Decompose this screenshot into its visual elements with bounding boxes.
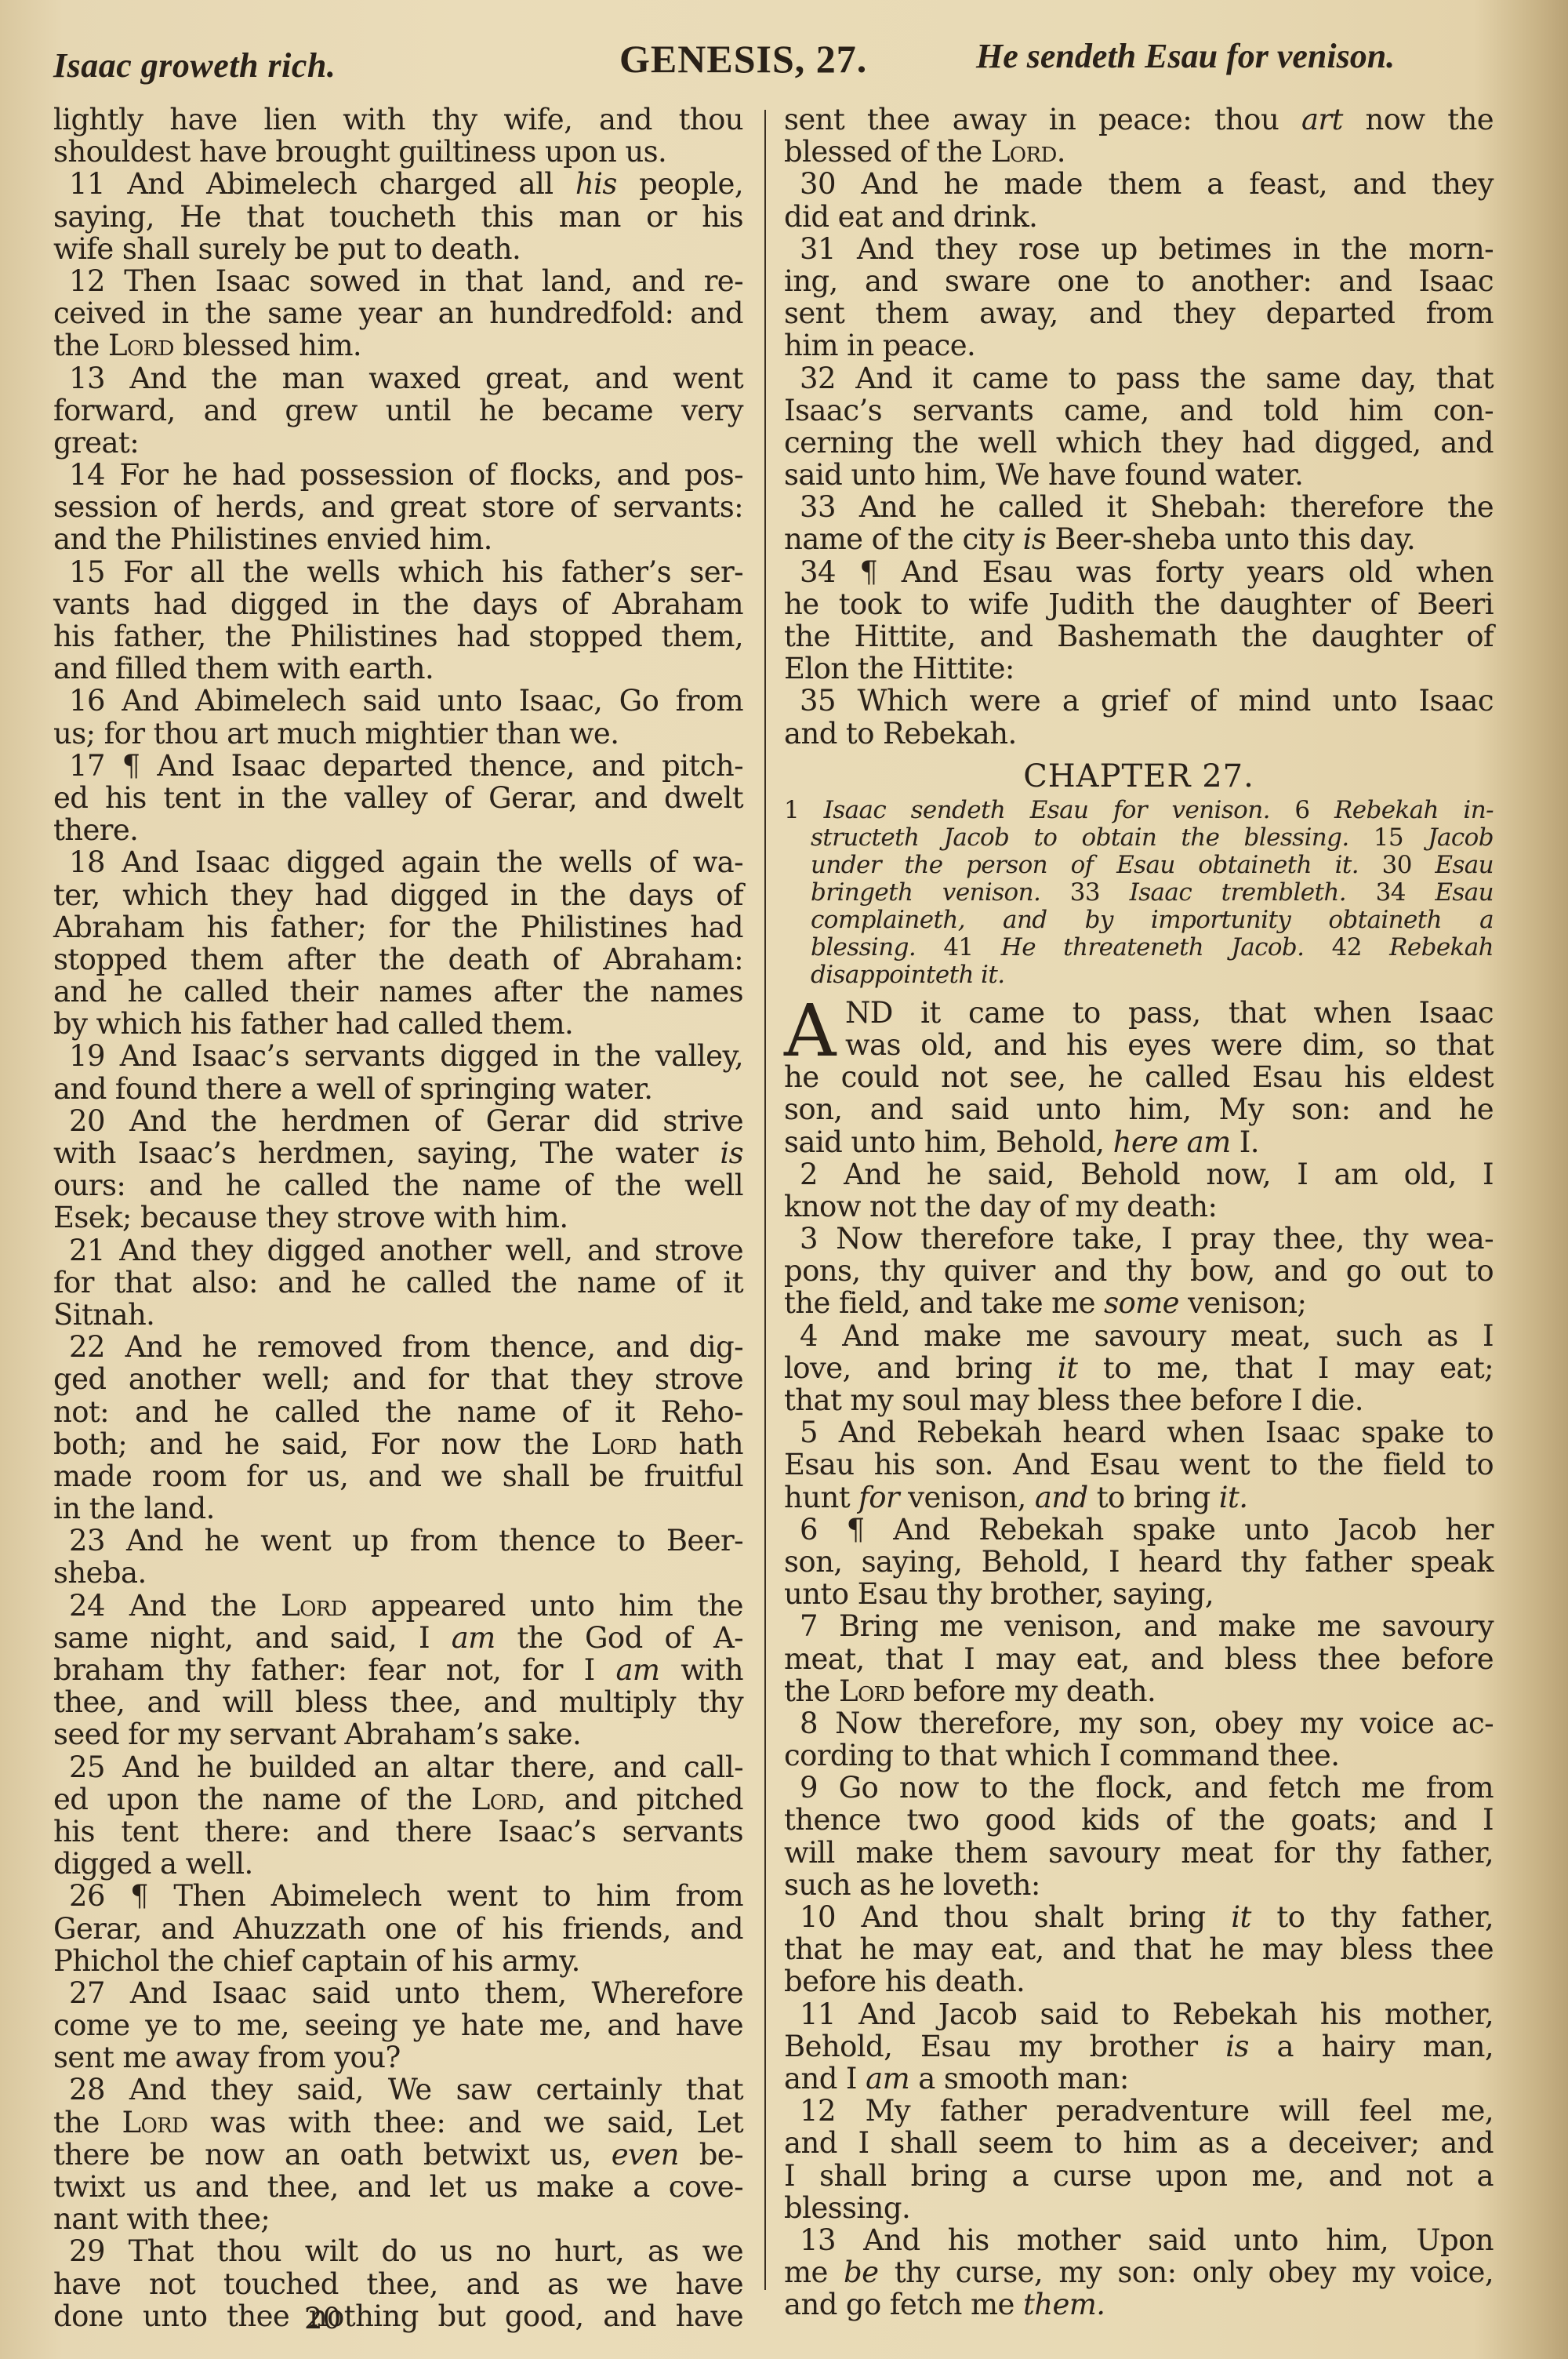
verse-line: sheba. <box>53 1557 743 1589</box>
summary-line: bringeth venison. 33 Isaac trembleth. 34… <box>784 879 1494 907</box>
verse-line: son, and said unto him, My son: and he <box>784 1093 1494 1125</box>
column-divider <box>764 110 766 2290</box>
verse-line: by which his father had called them. <box>53 1008 743 1040</box>
verse-line: Behold, Esau my brother is a hairy man, <box>784 2030 1494 2063</box>
verse-line-start: 22 And he removed from thence, and dig- <box>53 1331 743 1363</box>
verse-line: there. <box>53 814 743 846</box>
verse-line: his father, the Philistines had stopped … <box>53 620 743 652</box>
verse-line: he took to wife Judith the daughter of B… <box>784 588 1494 620</box>
verse-line: and the Philistines envied him. <box>53 523 743 555</box>
verse-line: the Lord before my death. <box>784 1675 1494 1707</box>
verse-line: such as he loveth: <box>784 1869 1494 1901</box>
verse-line: twixt us and thee, and let us make a cov… <box>53 2171 743 2203</box>
drop-cap: A <box>784 998 836 1064</box>
page-number: 20 <box>304 2302 341 2335</box>
verse-line-start: 35 Which were a grief of mind unto Isaac <box>784 685 1494 717</box>
verse-line: blessed of the Lord. <box>784 136 1494 168</box>
verse-line-start: 26 ¶ Then Abimelech went to him from <box>53 1880 743 1912</box>
verse-line: name of the city is Beer-sheba unto this… <box>784 523 1494 555</box>
book-chapter-title: GENESIS, 27. <box>619 36 867 82</box>
verse-line: Gerar, and Ahuzzath one of his friends, … <box>53 1913 743 1945</box>
verse-line: session of herds, and great store of ser… <box>53 491 743 523</box>
verse-line: know not the day of my death: <box>784 1190 1494 1223</box>
verse-line: Abraham his father; for the Philistines … <box>53 911 743 943</box>
verse-line: come ye to me, seeing ye hate me, and ha… <box>53 2009 743 2041</box>
verse-line: the field, and take me some venison; <box>784 1287 1494 1319</box>
verse-line: that my soul may bless thee before I die… <box>784 1384 1494 1416</box>
verse-line-start: 11 And Jacob said to Rebekah his mother, <box>784 1998 1494 2030</box>
verse-line: and I shall seem to him as a deceiver; a… <box>784 2127 1494 2159</box>
verse-line: Esek; because they strove with him. <box>53 1201 743 1234</box>
verse-line-start: 31 And they rose up betimes in the morn- <box>784 233 1494 265</box>
verse-line: great: <box>53 427 743 459</box>
header-left-summary: Isaac groweth rich. <box>53 45 336 85</box>
left-column: lightly have lien with thy wife, and tho… <box>53 104 743 2332</box>
verse-line: saying, He that toucheth this man or his <box>53 201 743 233</box>
verse-line: ged another well; and for that they stro… <box>53 1363 743 1395</box>
verse-line-start: 3 Now therefore take, I pray thee, thy w… <box>784 1223 1494 1255</box>
verse-line: same night, and said, I am the God of A- <box>53 1622 743 1654</box>
summary-line: 1 Isaac sendeth Esau for venison. 6 Rebe… <box>784 797 1494 824</box>
verse-line-start: 4 And make me savoury meat, such as I <box>784 1320 1494 1352</box>
verse-line: and to Rebekah. <box>784 718 1494 750</box>
verse-line: digged a well. <box>53 1848 743 1880</box>
verse-line: him in peace. <box>784 329 1494 362</box>
chapter-opening: A ND it came to pass, that when Isaacwas… <box>784 997 1494 1061</box>
verse-line: stopped them after the death of Abraham: <box>53 943 743 976</box>
verse-line-start: 29 That thou wilt do us no hurt, as we <box>53 2235 743 2267</box>
verse-line: done unto thee nothing but good, and hav… <box>53 2300 743 2332</box>
verse-line-start: 30 And he made them a feast, and they <box>784 168 1494 200</box>
verse-line-start: 28 And they said, We saw certainly that <box>53 2074 743 2106</box>
verse-line: have not touched thee, and as we have <box>53 2268 743 2300</box>
verse-line: shouldest have brought guiltiness upon u… <box>53 136 743 168</box>
verse-line: and I am a smooth man: <box>784 2063 1494 2095</box>
verse-line: unto Esau thy brother, saying, <box>784 1578 1494 1610</box>
verse-line: said unto him, Behold, here am I. <box>784 1126 1494 1158</box>
verse-line: Sitnah. <box>53 1299 743 1331</box>
verse-line-start: 15 For all the wells which his father’s … <box>53 556 743 588</box>
verse-line: the Lord was with thee: and we said, Let <box>53 2106 743 2139</box>
verse-line: sent thee away in peace: thou art now th… <box>784 104 1494 136</box>
verse-line: blessing. <box>784 2192 1494 2224</box>
verse-line: thee, and will bless thee, and multiply … <box>53 1686 743 1718</box>
verse-line: nant with thee; <box>53 2203 743 2235</box>
verse-line: me be thy curse, my son: only obey my vo… <box>784 2256 1494 2288</box>
verse-line: ter, which they had digged in the days o… <box>53 879 743 911</box>
right-column: sent thee away in peace: thou art now th… <box>784 104 1494 2321</box>
chapter-heading: CHAPTER 27. <box>784 759 1494 797</box>
verse-line-start: 10 And thou shalt bring it to thy father… <box>784 1901 1494 1933</box>
verse-line: sent me away from you? <box>53 2041 743 2074</box>
verse-line: in the land. <box>53 1492 743 1525</box>
summary-line: complaineth, and by importunity obtainet… <box>784 907 1494 934</box>
verse-line: ours: and he called the name of the well <box>53 1169 743 1201</box>
verse-line: braham thy father: fear not, for I am wi… <box>53 1654 743 1686</box>
verse-line: meat, that I may eat, and bless thee bef… <box>784 1643 1494 1675</box>
verse-line: both; and he said, For now the Lord hath <box>53 1428 743 1460</box>
verse-line: Phichol the chief captain of his army. <box>53 1945 743 1977</box>
verse-line: with Isaac’s herdmen, saying, The water … <box>53 1137 743 1169</box>
verse-line-start: 18 And Isaac digged again the wells of w… <box>53 846 743 878</box>
verse-line: ND it came to pass, that when Isaac <box>784 997 1494 1029</box>
verse-line: love, and bring it to me, that I may eat… <box>784 1352 1494 1384</box>
verse-line: cording to that which I command thee. <box>784 1739 1494 1772</box>
verse-line: and he called their names after the name… <box>53 976 743 1008</box>
verse-line-start: 16 And Abimelech said unto Isaac, Go fro… <box>53 685 743 717</box>
verse-line: sent them away, and they departed from <box>784 297 1494 329</box>
verse-line: ed his tent in the valley of Gerar, and … <box>53 782 743 814</box>
verse-line: wife shall surely be put to death. <box>53 233 743 265</box>
verse-line-start: 25 And he builded an altar there, and ca… <box>53 1751 743 1783</box>
verse-line-start: 13 And the man waxed great, and went <box>53 362 743 394</box>
verse-line-start: 7 Bring me venison, and make me savoury <box>784 1610 1494 1642</box>
verse-line: ed upon the name of the Lord, and pitche… <box>53 1783 743 1816</box>
chapter-summary: 1 Isaac sendeth Esau for venison. 6 Rebe… <box>784 797 1494 989</box>
verse-line: his tent there: and there Isaac’s servan… <box>53 1816 743 1848</box>
running-header: Isaac groweth rich. GENESIS, 27. He send… <box>0 31 1568 86</box>
verse-line: lightly have lien with thy wife, and tho… <box>53 104 743 136</box>
verse-line: and go fetch me them. <box>784 2288 1494 2321</box>
verse-line-start: 9 Go now to the flock, and fetch me from <box>784 1772 1494 1804</box>
verse-line-start: 14 For he had possession of flocks, and … <box>53 459 743 491</box>
verse-line: for that also: and he called the name of… <box>53 1267 743 1299</box>
verse-line-start: 11 And Abimelech charged all his people, <box>53 168 743 200</box>
verse-line: thence two good kids of the goats; and I <box>784 1804 1494 1836</box>
verse-line-start: 17 ¶ And Isaac departed thence, and pitc… <box>53 750 743 782</box>
verse-line: ing, and sware one to another: and Isaac <box>784 265 1494 297</box>
verse-line-start: 6 ¶ And Rebekah spake unto Jacob her <box>784 1514 1494 1546</box>
verse-line: did eat and drink. <box>784 201 1494 233</box>
verse-line: there be now an oath betwixt us, even be… <box>53 2139 743 2171</box>
verse-line: was old, and his eyes were dim, so that <box>784 1029 1494 1061</box>
verse-line-start: 21 And they digged another well, and str… <box>53 1234 743 1267</box>
verse-line: pons, thy quiver and thy bow, and go out… <box>784 1255 1494 1287</box>
verse-line: said unto him, We have found water. <box>784 459 1494 491</box>
verse-line-start: 13 And his mother said unto him, Upon <box>784 2224 1494 2256</box>
right-column-verses-ch26: sent thee away in peace: thou art now th… <box>784 104 1494 750</box>
verse-line-start: 34 ¶ And Esau was forty years old when <box>784 556 1494 588</box>
verse-line: hunt for venison, and to bring it. <box>784 1481 1494 1514</box>
verse-line-start: 2 And he said, Behold now, I am old, I <box>784 1158 1494 1190</box>
verse-line: ceived in the same year an hundredfold: … <box>53 297 743 329</box>
verse-line: Elon the Hittite: <box>784 652 1494 685</box>
verse-line: us; for thou art much mightier than we. <box>53 718 743 750</box>
verse-line: seed for my servant Abraham’s sake. <box>53 1718 743 1750</box>
verse-line: will make them savoury meat for thy fath… <box>784 1837 1494 1869</box>
verse-line-start: 24 And the Lord appeared unto him the <box>53 1590 743 1622</box>
summary-line: under the person of Esau obtaineth it. 3… <box>784 852 1494 879</box>
verse-line: forward, and grew until he became very <box>53 394 743 427</box>
verse-line-start: 20 And the herdmen of Gerar did strive <box>53 1105 743 1137</box>
verse-line-start: 5 And Rebekah heard when Isaac spake to <box>784 1416 1494 1448</box>
verse-line-start: 27 And Isaac said unto them, Wherefore <box>53 1977 743 2009</box>
verse-line: the Lord blessed him. <box>53 329 743 362</box>
verse-line: he could not see, he called Esau his eld… <box>784 1061 1494 1093</box>
header-right-summary: He sendeth Esau for venison. <box>976 36 1395 76</box>
verse-line: and filled them with earth. <box>53 652 743 685</box>
verse-line-start: 8 Now therefore, my son, obey my voice a… <box>784 1707 1494 1739</box>
verse-line: son, saying, Behold, I heard thy father … <box>784 1546 1494 1578</box>
verse-line-start: 33 And he called it Shebah: therefore th… <box>784 491 1494 523</box>
verse-line: vants had digged in the days of Abraham <box>53 588 743 620</box>
verse-line-start: 19 And Isaac’s servants digged in the va… <box>53 1040 743 1072</box>
verse-line: before his death. <box>784 1965 1494 1997</box>
right-column-verses-ch27: he could not see, he called Esau his eld… <box>784 1061 1494 2321</box>
summary-line: structeth Jacob to obtain the blessing. … <box>784 824 1494 852</box>
verse-line: Esau his son. And Esau went to the field… <box>784 1448 1494 1481</box>
summary-line: disappointeth it. <box>784 961 1494 989</box>
verse-line: not: and he called the name of it Reho- <box>53 1396 743 1428</box>
verse-line: cerning the well which they had digged, … <box>784 427 1494 459</box>
verse-line-start: 23 And he went up from thence to Beer- <box>53 1525 743 1557</box>
verse-line: made room for us, and we shall be fruitf… <box>53 1460 743 1492</box>
verse-line: the Hittite, and Bashemath the daughter … <box>784 620 1494 652</box>
verse-line: that he may eat, and that he may bless t… <box>784 1933 1494 1965</box>
verse-line-start: 32 And it came to pass the same day, tha… <box>784 362 1494 394</box>
summary-line: blessing. 41 He threateneth Jacob. 42 Re… <box>784 934 1494 961</box>
verse-line: and found there a well of springing wate… <box>53 1073 743 1105</box>
verse-line: I shall bring a curse upon me, and not a <box>784 2160 1494 2192</box>
verse-line-start: 12 Then Isaac sowed in that land, and re… <box>53 265 743 297</box>
verse-line-start: 12 My father peradventure will feel me, <box>784 2095 1494 2127</box>
verse-line: Isaac’s servants came, and told him con- <box>784 394 1494 427</box>
